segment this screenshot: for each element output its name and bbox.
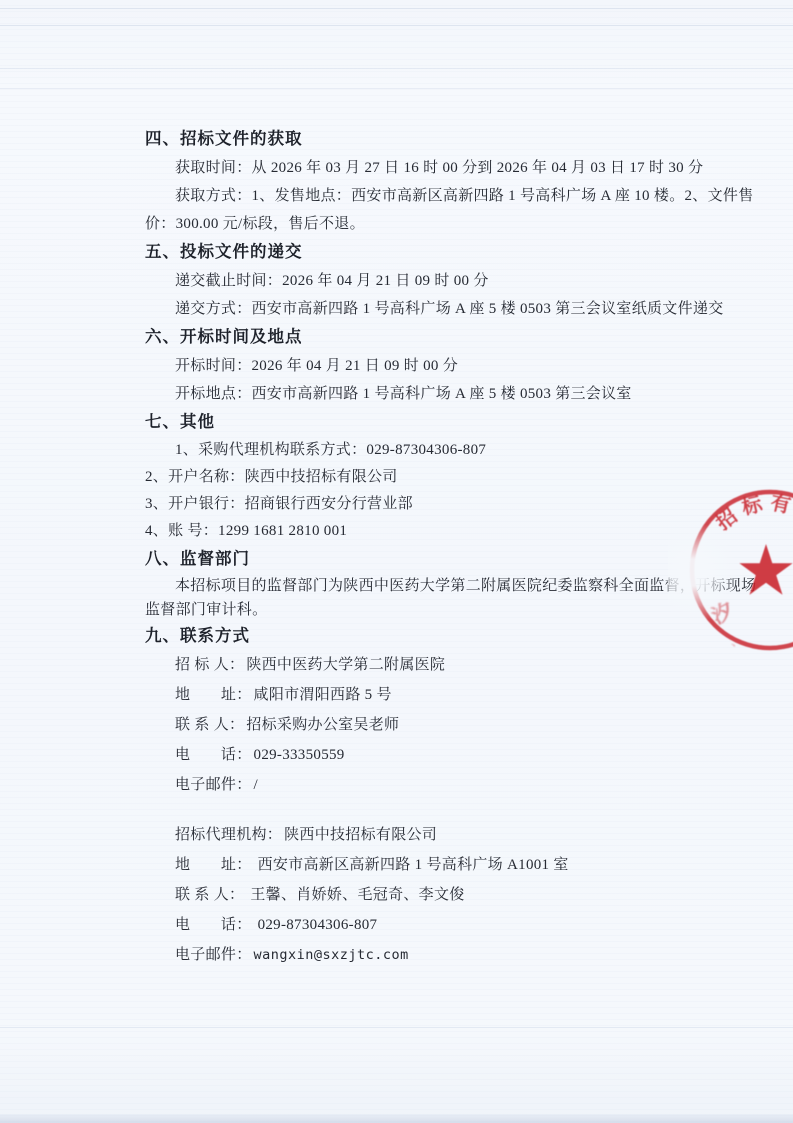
section-heading: 六、开标时间及地点 (145, 325, 681, 349)
contact-line: 联 系 人：招标采购办公室吴老师 (145, 711, 681, 739)
bidder-contact-block: 招 标 人：陕西中医药大学第二附属医院 地 址：咸阳市渭阳西路 5 号 联 系 … (145, 651, 681, 799)
contact-label: 联 系 人： (175, 887, 244, 903)
text-line: 递交截止时间：2026 年 04 月 21 日 09 时 00 分 (145, 267, 681, 295)
agency-contact-block: 招标代理机构：陕西中技招标有限公司 地 址： 西安市高新区高新四路 1 号高科广… (145, 821, 681, 969)
contact-label: 招标代理机构： (175, 827, 282, 843)
section-heading: 八、监督部门 (145, 547, 681, 571)
text-line: 价：300.00 元/标段，售后不退。 (145, 210, 681, 238)
svg-text:、: 、 (729, 633, 745, 650)
scan-line (0, 1027, 793, 1028)
contact-value: 咸阳市渭阳西路 5 号 (254, 687, 392, 703)
document-body: 四、招标文件的获取 获取时间：从 2026 年 03 月 27 日 16 时 0… (0, 0, 793, 969)
contact-label: 电子邮件： (175, 947, 252, 963)
contact-line: 电子邮件：wangxin@sxzjtc.com (145, 941, 681, 969)
scanned-document-page: 四、招标文件的获取 获取时间：从 2026 年 03 月 27 日 16 时 0… (0, 0, 793, 1123)
official-seal: 招标有 汐 、 (680, 480, 793, 660)
contact-value: 陕西中技招标有限公司 (284, 827, 437, 843)
text-line: 1、采购代理机构联系方式：029-87304306-807 (145, 437, 681, 464)
text-line: 递交方式：西安市高新四路 1 号高科广场 A 座 5 楼 0503 第三会议室纸… (145, 295, 681, 323)
text-line: 开标地点：西安市高新四路 1 号高科广场 A 座 5 楼 0503 第三会议室 (145, 380, 681, 408)
contact-line: 联 系 人： 王馨、肖娇娇、毛冠奇、李文俊 (145, 881, 681, 909)
section-file-acquisition: 四、招标文件的获取 获取时间：从 2026 年 03 月 27 日 16 时 0… (145, 127, 681, 238)
contact-label: 电 话： (175, 917, 252, 933)
section-bid-submission: 五、投标文件的递交 递交截止时间：2026 年 04 月 21 日 09 时 0… (145, 240, 681, 323)
contact-label: 招 标 人： (175, 657, 244, 673)
text-line: 开标时间：2026 年 04 月 21 日 09 时 00 分 (145, 352, 681, 380)
contact-label: 地 址： (175, 857, 252, 873)
section-heading: 四、招标文件的获取 (145, 127, 681, 151)
text-line: 3、开户银行：招商银行西安分行营业部 (145, 491, 681, 518)
contact-label: 地 址： (175, 687, 252, 703)
contact-value: 陕西中医药大学第二附属医院 (246, 657, 445, 673)
contact-line: 电 话：029-33350559 (145, 741, 681, 769)
section-supervision: 八、监督部门 本招标项目的监督部门为陕西中医药大学第二附属医院纪委监察科全面监督… (145, 547, 681, 622)
contact-value: 招标采购办公室吴老师 (246, 717, 399, 733)
contact-line: 电子邮件：/ (145, 771, 681, 799)
seal-arc-text: 招标有 (711, 490, 793, 535)
contact-value: / (254, 777, 258, 793)
section-heading: 七、其他 (145, 410, 681, 434)
contact-line: 地 址：咸阳市渭阳西路 5 号 (145, 681, 681, 709)
section-other: 七、其他 1、采购代理机构联系方式：029-87304306-807 2、开户名… (145, 410, 681, 545)
contact-value: 029-87304306-807 (254, 917, 378, 933)
contact-line: 电 话： 029-87304306-807 (145, 911, 681, 939)
contact-value: 029-33350559 (254, 747, 345, 763)
text-line: 获取方式：1、发售地点：西安市高新区高新四路 1 号高科广场 A 座 10 楼。… (145, 182, 681, 210)
contact-line: 招标代理机构：陕西中技招标有限公司 (145, 821, 681, 849)
contact-line: 招 标 人：陕西中医药大学第二附属医院 (145, 651, 681, 679)
section-bid-opening: 六、开标时间及地点 开标时间：2026 年 04 月 21 日 09 时 00 … (145, 325, 681, 408)
contact-email-value: wangxin@sxzjtc.com (254, 947, 409, 963)
contact-value: 王馨、肖娇娇、毛冠奇、李文俊 (246, 887, 464, 903)
section-heading: 五、投标文件的递交 (145, 240, 681, 264)
section-heading: 九、联系方式 (145, 624, 681, 648)
text-line: 监督部门审计科。 (145, 598, 681, 622)
text-line: 获取时间：从 2026 年 03 月 27 日 16 时 00 分到 2026 … (145, 154, 681, 182)
scan-band (0, 1114, 793, 1123)
section-contact-info: 九、联系方式 招 标 人：陕西中医药大学第二附属医院 地 址：咸阳市渭阳西路 5… (145, 624, 681, 969)
contact-label: 电 话： (175, 747, 252, 763)
text-line: 2、开户名称：陕西中技招标有限公司 (145, 464, 681, 491)
contact-label: 联 系 人： (175, 717, 244, 733)
seal-star (739, 544, 792, 595)
contact-value: 西安市高新区高新四路 1 号高科广场 A1001 室 (254, 857, 569, 873)
text-line: 本招标项目的监督部门为陕西中医药大学第二附属医院纪委监察科全面监督，开标现场 (145, 574, 681, 598)
contact-label: 电子邮件： (175, 777, 252, 793)
text-line: 4、账 号：1299 1681 2810 001 (145, 518, 681, 545)
contact-line: 地 址： 西安市高新区高新四路 1 号高科广场 A1001 室 (145, 851, 681, 879)
